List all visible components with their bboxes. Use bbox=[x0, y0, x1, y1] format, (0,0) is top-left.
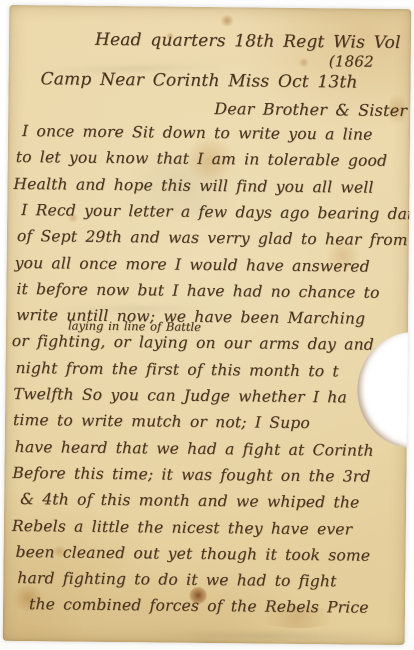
letter-line: I Recd your letter a few days ago bearin… bbox=[21, 201, 411, 223]
letter-line: I once more Sit down to write you a line bbox=[22, 122, 373, 144]
letter-paper: Head quarters 18th Regt Wis Vol (1862 Ca… bbox=[3, 5, 412, 645]
letter-line: to let you know that I am in tolerable g… bbox=[16, 148, 388, 170]
letter-line: & 4th of this month and we whiped the bbox=[20, 490, 359, 512]
letter-line: it before now but I have had no chance t… bbox=[16, 280, 379, 302]
letter-dateline: Camp Near Corinth Miss Oct 13th bbox=[40, 69, 357, 92]
scan-background: Head quarters 18th Regt Wis Vol (1862 Ca… bbox=[0, 0, 414, 650]
letter-line: the combined forces of the Rebels Price bbox=[29, 596, 369, 618]
letter-line: time to write mutch or not; I Supo bbox=[13, 411, 310, 432]
stain bbox=[298, 58, 310, 67]
letter-line: Before this time; it was fought on the 3… bbox=[12, 464, 370, 486]
letter-salutation: Dear Brother & Sister bbox=[214, 99, 407, 120]
letter-line: have heard that we had a fight at Corint… bbox=[15, 438, 374, 460]
letter-heading: Head quarters 18th Regt Wis Vol bbox=[95, 30, 401, 53]
letter-line: or fighting, or laying on our arms day a… bbox=[12, 332, 374, 354]
letter-line: night from the first of this month to t bbox=[15, 359, 339, 380]
letter-line: Rebels a little the nicest they have eve… bbox=[12, 516, 353, 538]
letter-line: you all once more I would have answered bbox=[15, 253, 370, 275]
letter-year: (1862 bbox=[329, 52, 374, 70]
letter-line: Twelfth So you can Judge whether I ha bbox=[13, 385, 347, 406]
letter-line: Health and hope this will find you all w… bbox=[13, 175, 373, 197]
letter-line: hard fighting to do it we had to fight bbox=[17, 569, 336, 590]
letter-line: write untill now; we have been Marching bbox=[16, 306, 365, 328]
letter-body: I once more Sit down to write you a line… bbox=[9, 5, 411, 9]
letter-line: of Sept 29th and was verry glad to hear … bbox=[17, 227, 408, 249]
stain bbox=[219, 15, 235, 26]
letter-line: been cleaned out yet though it took some bbox=[16, 543, 371, 565]
ink-show-through bbox=[153, 631, 373, 639]
